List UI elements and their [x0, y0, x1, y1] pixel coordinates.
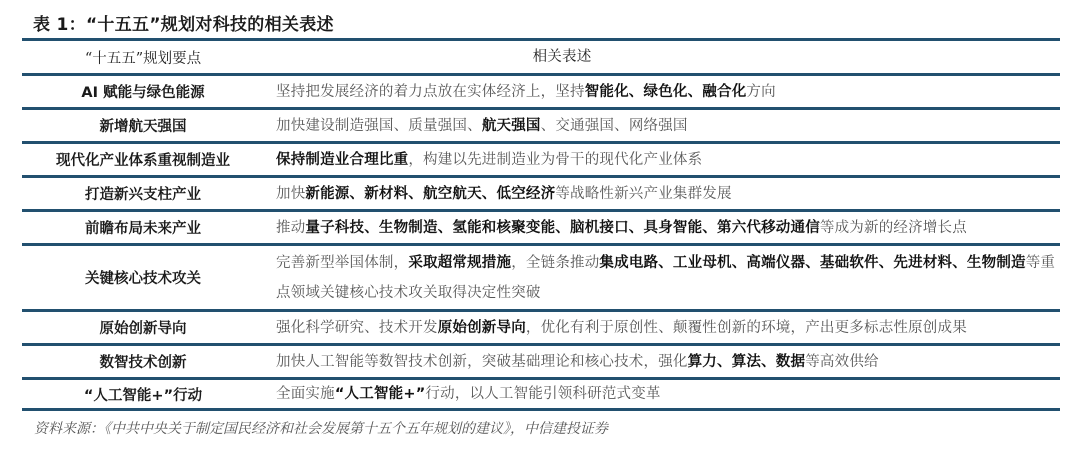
description-text: 、交通强国、网络强国	[541, 118, 688, 134]
description-cell: 加快建设制造强国、质量强国、航天强国、交通强国、网络强国	[264, 111, 1060, 141]
description-cell: 加快人工智能等数智技术创新，突破基础理论和核心技术，强化算力、算法、数据等高效供…	[264, 347, 1060, 377]
column-header-key-point: “十五五”规划要点	[22, 47, 264, 68]
description-text: 行动，以人工智能引领科研范式变革	[425, 386, 660, 402]
description-text: 等成为新的经济增长点	[820, 220, 967, 236]
key-point-cell: 原始创新导向	[22, 317, 264, 338]
highlighted-phrase: 集成电路、工业母机、高端仪器、基础软件、先进材料、生物制造	[599, 255, 1025, 271]
highlighted-phrase: 原始创新导向	[438, 320, 526, 336]
key-point-cell: AI 赋能与绿色能源	[22, 81, 264, 102]
highlighted-phrase: 智能化、绿色化、融合化	[585, 84, 747, 100]
table-header-row: “十五五”规划要点 相关表述	[22, 38, 1060, 73]
description-text: 全面实施	[276, 386, 335, 402]
table-row: 原始创新导向强化科学研究、技术开发原始创新导向，优化有利于原创性、颠覆性创新的环…	[22, 309, 1060, 343]
highlighted-phrase: 新能源、新材料、航空航天、低空经济	[305, 186, 555, 202]
key-point-cell: 前瞻布局未来产业	[22, 217, 264, 238]
table-row: AI 赋能与绿色能源坚持把发展经济的着力点放在实体经济上，坚持智能化、绿色化、融…	[22, 73, 1060, 107]
table-row: 现代化产业体系重视制造业保持制造业合理比重，构建以先进制造业为骨干的现代化产业体…	[22, 141, 1060, 175]
highlighted-phrase: 算力、算法、数据	[688, 354, 806, 370]
description-cell: 保持制造业合理比重，构建以先进制造业为骨干的现代化产业体系	[264, 145, 1060, 175]
source-note: 资料来源：《中共中央关于制定国民经济和社会发展第十五个五年规划的建议》，中信建投…	[34, 418, 608, 438]
description-cell: 全面实施“人工智能+”行动，以人工智能引领科研范式变革	[264, 379, 1060, 409]
table-row: 打造新兴支柱产业加快新能源、新材料、航空航天、低空经济等战略性新兴产业集群发展	[22, 175, 1060, 209]
column-header-description: 相关表述	[264, 42, 1060, 72]
description-text: ，优化有利于原创性、颠覆性创新的环境，产出更多标志性原创成果	[526, 320, 967, 336]
description-text: 加快建设制造强国、质量强国、	[276, 118, 482, 134]
highlighted-phrase: 保持制造业合理比重	[276, 152, 408, 168]
description-text: 加快人工智能等数智技术创新，突破基础理论和核心技术，强化	[276, 354, 688, 370]
description-text: 等高效供给	[805, 354, 879, 370]
highlighted-phrase: 量子科技、生物制造、氢能和核聚变能、脑机接口、具身智能、第六代移动通信	[305, 220, 820, 236]
key-point-cell: 新增航天强国	[22, 115, 264, 136]
table-row: 关键核心技术攻关完善新型举国体制，采取超常规措施，全链条推动集成电路、工业母机、…	[22, 243, 1060, 309]
description-text: 坚持把发展经济的着力点放在实体经济上，坚持	[276, 84, 585, 100]
table-body: AI 赋能与绿色能源坚持把发展经济的着力点放在实体经济上，坚持智能化、绿色化、融…	[22, 73, 1060, 411]
description-text: ，全链条推动	[511, 255, 599, 271]
description-text: 推动	[276, 220, 305, 236]
description-text: 方向	[746, 84, 775, 100]
highlighted-phrase: 采取超常规措施	[408, 255, 511, 271]
description-cell: 加快新能源、新材料、航空航天、低空经济等战略性新兴产业集群发展	[264, 179, 1060, 209]
description-text: 强化科学研究、技术开发	[276, 320, 438, 336]
key-point-cell: 数智技术创新	[22, 351, 264, 372]
highlighted-phrase: 航天强国	[482, 118, 541, 134]
description-cell: 坚持把发展经济的着力点放在实体经济上，坚持智能化、绿色化、融合化方向	[264, 77, 1060, 107]
description-text: 加快	[276, 186, 305, 202]
key-point-cell: 打造新兴支柱产业	[22, 183, 264, 204]
policy-table: “十五五”规划要点 相关表述 AI 赋能与绿色能源坚持把发展经济的着力点放在实体…	[22, 38, 1060, 411]
description-cell: 完善新型举国体制，采取超常规措施，全链条推动集成电路、工业母机、高端仪器、基础软…	[264, 248, 1060, 308]
highlighted-phrase: “人工智能+”	[335, 386, 426, 402]
table-row: 新增航天强国加快建设制造强国、质量强国、航天强国、交通强国、网络强国	[22, 107, 1060, 141]
table-row: “人工智能+”行动全面实施“人工智能+”行动，以人工智能引领科研范式变革	[22, 377, 1060, 411]
table-row: 数智技术创新加快人工智能等数智技术创新，突破基础理论和核心技术，强化算力、算法、…	[22, 343, 1060, 377]
description-text: ，构建以先进制造业为骨干的现代化产业体系	[408, 152, 702, 168]
description-text: 完善新型举国体制，	[276, 255, 408, 271]
description-cell: 强化科学研究、技术开发原始创新导向，优化有利于原创性、颠覆性创新的环境，产出更多…	[264, 313, 1060, 343]
key-point-cell: 现代化产业体系重视制造业	[22, 149, 264, 170]
table-title: 表 1：“十五五”规划对科技的相关表述	[33, 10, 334, 35]
key-point-cell: 关键核心技术攻关	[22, 267, 264, 288]
table-row: 前瞻布局未来产业推动量子科技、生物制造、氢能和核聚变能、脑机接口、具身智能、第六…	[22, 209, 1060, 243]
key-point-cell: “人工智能+”行动	[22, 384, 264, 405]
description-text: 等战略性新兴产业集群发展	[555, 186, 731, 202]
description-cell: 推动量子科技、生物制造、氢能和核聚变能、脑机接口、具身智能、第六代移动通信等成为…	[264, 213, 1060, 243]
